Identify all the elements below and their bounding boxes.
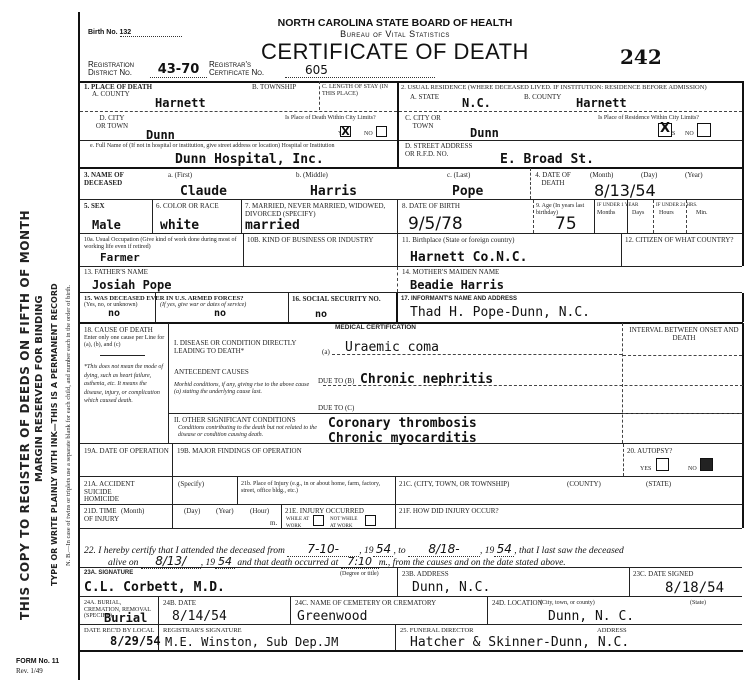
residence-within-limits-yes-checkbox[interactable]: X	[658, 123, 672, 137]
part1-label: I. Disease or Condition Directly Leading…	[174, 340, 324, 355]
degree-label: (Degree or title)	[340, 571, 379, 578]
township-label: b. Township	[252, 84, 296, 92]
hours-label: Hours	[659, 210, 674, 217]
form-number: FORM No. 11	[16, 658, 59, 665]
registrar-cert-value: 605	[285, 63, 435, 78]
operation-findings-label: 19b. Major Findings of Operation	[177, 448, 302, 456]
injury-year-label: (Year)	[216, 508, 234, 516]
residence-county-label: b. County	[524, 94, 561, 102]
injury-state-label: (State)	[646, 481, 671, 489]
death-within-limits-yes-checkbox[interactable]: X	[340, 126, 351, 137]
date-signed-label: 23c. Date Signed	[633, 571, 693, 579]
due-to-b-label: Due to (b)	[318, 378, 354, 386]
under-1-year-label: If under 1 year	[597, 203, 655, 210]
how-injury-label: 21f. How Did Injury Occur?	[399, 508, 499, 516]
residence-label: 2. Usual Residence (Where deceased lived…	[401, 84, 741, 92]
death-city: Dunn	[146, 128, 175, 142]
length-of-stay-label: c. Length of Stay (in this place)	[322, 84, 394, 97]
bureau-title: Bureau of Vital Statistics	[250, 29, 540, 39]
side-ink-note: TYPE OR WRITE PLAINLY WITH INK—THIS IS A…	[50, 283, 59, 586]
birthplace: Harnett Co.N.C.	[410, 250, 527, 265]
cause-a-label: (a)	[322, 349, 330, 357]
marital-status: married	[245, 218, 300, 233]
occupation: Farmer	[100, 251, 140, 264]
residence-state-label: a. State	[410, 94, 439, 102]
other-condition-1: Coronary thrombosis	[328, 416, 477, 431]
reg-district-value: 43-70	[150, 62, 207, 78]
cause-note: *This does not mean the mode of dying, s…	[84, 363, 166, 406]
due-to-c-label: Due to (c)	[318, 405, 354, 413]
father-label: 13. Father's Name	[84, 269, 148, 277]
injury-hour-label: (Hour)	[250, 508, 269, 516]
death-city-label: d. City or Town	[94, 115, 130, 130]
residence-within-limits-label: Is Place of Residence Within City Limits…	[598, 115, 743, 122]
marital-label: 7. Married, Never Married, Widowed, Divo…	[245, 203, 395, 218]
certify-text-3: and that death occurred at	[237, 558, 338, 568]
injury-occurred-label: 21e. Injury Occurred	[285, 508, 364, 516]
months-label: Months	[597, 210, 615, 217]
autopsy-yes-checkbox[interactable]	[656, 458, 669, 471]
mother-name: Beadie Harris	[410, 278, 504, 292]
specify-label: (Specify)	[178, 481, 204, 489]
at-work-label: While at Work	[286, 517, 312, 530]
physician-signature: C.L. Corbett, M.D.	[84, 580, 225, 595]
county-label: a. County	[92, 91, 130, 99]
other-condition-2: Chronic myocarditis	[328, 431, 477, 446]
cause-instructions: Enter only one cause per Line for (a), (…	[84, 335, 166, 348]
name-label: 3. Name of Deceased	[84, 172, 134, 187]
first-name: Claude	[180, 184, 227, 199]
side-margin-note: MARGIN RESERVED FOR BINDING	[34, 295, 45, 482]
autopsy-no-label: No	[688, 466, 697, 473]
death-time: 7:10	[341, 555, 379, 569]
injury-m-label: m.	[270, 520, 277, 528]
date-of-death: 8/13/54	[594, 181, 656, 200]
informant: Thad H. Pope-Dunn, N.C.	[410, 305, 590, 320]
funeral-director-label: 25. Funeral Director	[400, 627, 474, 635]
registrar-cert-label: Registrar's Certificate No.	[209, 61, 284, 77]
part2-label: II. Other Significant Conditions	[174, 417, 334, 425]
war-dates: no	[214, 308, 226, 319]
residence-city: Dunn	[470, 126, 499, 140]
burial-date-label: 24b. Date	[163, 600, 196, 608]
death-within-limits-no-checkbox[interactable]	[376, 126, 387, 137]
residence-state: N.C.	[462, 96, 491, 110]
autopsy-label: 20. Autopsy?	[627, 448, 672, 456]
no-label: No	[685, 131, 694, 138]
medical-certification-label: Medical Certification	[335, 324, 416, 332]
physician-address: Dunn, N.C.	[412, 580, 490, 595]
not-at-work-checkbox[interactable]	[365, 515, 376, 526]
interval-label: Interval Between Onset and Death	[626, 327, 742, 342]
burial-type: Burial	[104, 611, 147, 625]
date-of-death-label: 4. Date of Death	[533, 172, 573, 187]
mother-label: 14. Mother's Maiden Name	[402, 269, 499, 277]
no-label: No	[364, 131, 373, 138]
not-at-work-label: Not While at Work	[330, 517, 364, 530]
date-signed: 8/18/54	[665, 580, 724, 596]
war-dates-label: (If yes, give war or dates of service)	[160, 302, 246, 309]
month-label: (Month)	[590, 172, 613, 180]
left-border	[78, 12, 80, 680]
side-copy-note: THIS COPY TO REGISTER OF DEEDS ON FIFTH …	[18, 210, 32, 620]
location-label: 24d. Location	[492, 600, 543, 608]
form-revision: Rev. 1/49	[16, 667, 43, 675]
occupation-label: 10a. Usual Occupation (Give kind of work…	[84, 237, 244, 250]
cemetery: Greenwood	[297, 609, 367, 624]
color-label: 6. Color or Race	[156, 203, 219, 211]
injury-month-label: (Month)	[121, 508, 144, 516]
registrar-signature-label: Registrar's Signature	[163, 627, 242, 635]
funeral-director-address-label: Address	[597, 627, 627, 635]
antecedent-note: Morbid conditions, if any, giving rise t…	[174, 382, 314, 395]
burial-location: Dunn, N. C.	[548, 609, 634, 624]
death-county: Harnett	[155, 96, 206, 110]
birth-no-label: Birth No.	[88, 29, 118, 36]
street-label: d. Street Address or R.F.D. No.	[405, 143, 480, 158]
autopsy-no-checkbox[interactable]	[700, 458, 713, 471]
cause-b: Chronic nephritis	[360, 372, 493, 387]
dob-label: 8. Date of Birth	[402, 203, 460, 211]
last-seen-alive: 8/13/	[141, 554, 201, 569]
last-seen-year: 54	[215, 555, 235, 569]
residence-within-limits-no-checkbox[interactable]	[697, 123, 711, 137]
last-name-label: c. (Last)	[447, 172, 470, 180]
last-name: Pope	[452, 184, 483, 199]
location-sublabel: (City, town, or county)	[540, 600, 595, 607]
birthplace-label: 11. Birthplace (State or foreign country…	[402, 237, 514, 245]
certificate-number: 242	[620, 45, 662, 69]
autopsy-yes-label: Yes	[640, 466, 651, 473]
agency-title: NORTH CAROLINA STATE BOARD OF HEALTH	[250, 17, 540, 29]
operation-date-label: 19a. Date of Operation	[84, 448, 169, 456]
page-title: CERTIFICATE OF DEATH	[250, 39, 540, 65]
cause-a: Uraemic coma	[345, 340, 439, 355]
business-label: 10b. Kind of Business or Industry	[247, 237, 392, 245]
signature-label: 23a. Signature	[84, 570, 133, 578]
year-label: (Year)	[685, 172, 703, 180]
date-of-birth: 9/5/78	[408, 214, 463, 234]
at-work-checkbox[interactable]	[313, 515, 324, 526]
middle-name: Harris	[310, 184, 357, 199]
injury-day-label: (Day)	[184, 508, 200, 516]
armed-forces-answer: no	[108, 308, 120, 319]
birth-no-value: 132	[120, 29, 182, 37]
hospital-name: Dunn Hospital, Inc.	[175, 152, 324, 167]
part2-note: Conditions contributing to the death but…	[178, 425, 323, 438]
sex-label: 5. Sex	[84, 203, 105, 211]
death-within-limits-label: Is Place of Death Within City Limits?	[285, 115, 395, 122]
certify-text-4: m., from the causes and on the date stat…	[379, 558, 566, 568]
side-twins-note: N. B.—In case of twins or triplets use a…	[65, 285, 72, 566]
residence-street: E. Broad St.	[500, 152, 594, 167]
minutes-label: Min.	[696, 210, 708, 217]
place-of-injury-label: 21b. Place of Injury (e.g., in or about …	[241, 481, 393, 494]
cause-of-death-label: 18. Cause of Death	[84, 327, 153, 335]
antecedent-label: Antecedent Causes	[174, 369, 249, 377]
cemetery-label: 24c. Name of Cemetery or Crematory	[295, 600, 436, 608]
social-security-no: no	[315, 309, 327, 320]
hospital-label: e. Full Name of (If not in hospital or i…	[90, 143, 340, 150]
residence-city-label: c. City or Town	[405, 115, 441, 130]
location-state-label: (State)	[690, 600, 706, 607]
citizen-label: 12. Citizen of What Country?	[625, 237, 740, 245]
age: 75	[555, 214, 577, 234]
registrar-signature: M.E. Winston, Sub Dep.JM	[165, 635, 338, 649]
middle-name-label: b. (Middle)	[296, 172, 328, 180]
father-name: Josiah Pope	[92, 278, 171, 292]
reg-district-label: Registration District No.	[88, 61, 148, 77]
accident-label: 21a. Accident Suicide Homicide	[84, 481, 144, 504]
funeral-director: Hatcher & Skinner-Dunn, N.C.	[410, 635, 629, 650]
time-of-injury-label: 21d. Time of Injury	[84, 508, 124, 523]
date-received: 8/29/54	[110, 634, 161, 648]
residence-county: Harnett	[576, 96, 627, 110]
days-label: Days	[632, 210, 644, 217]
day-label: (Day)	[641, 172, 657, 180]
informant-label: 17. Informant's Name and Address	[401, 296, 517, 304]
injury-city-label: 21c. (City, Town, or Township)	[399, 481, 509, 489]
injury-county-label: (County)	[567, 481, 601, 489]
ssn-label: 16. Social Security No.	[292, 296, 381, 304]
color-race: white	[160, 218, 199, 233]
under-24-hours-label: If under 24 hrs.	[656, 203, 742, 210]
physician-address-label: 23b. Address	[402, 571, 449, 579]
burial-date: 8/14/54	[172, 609, 227, 624]
first-name-label: a. (First)	[168, 172, 192, 180]
sex: Male	[92, 218, 121, 232]
